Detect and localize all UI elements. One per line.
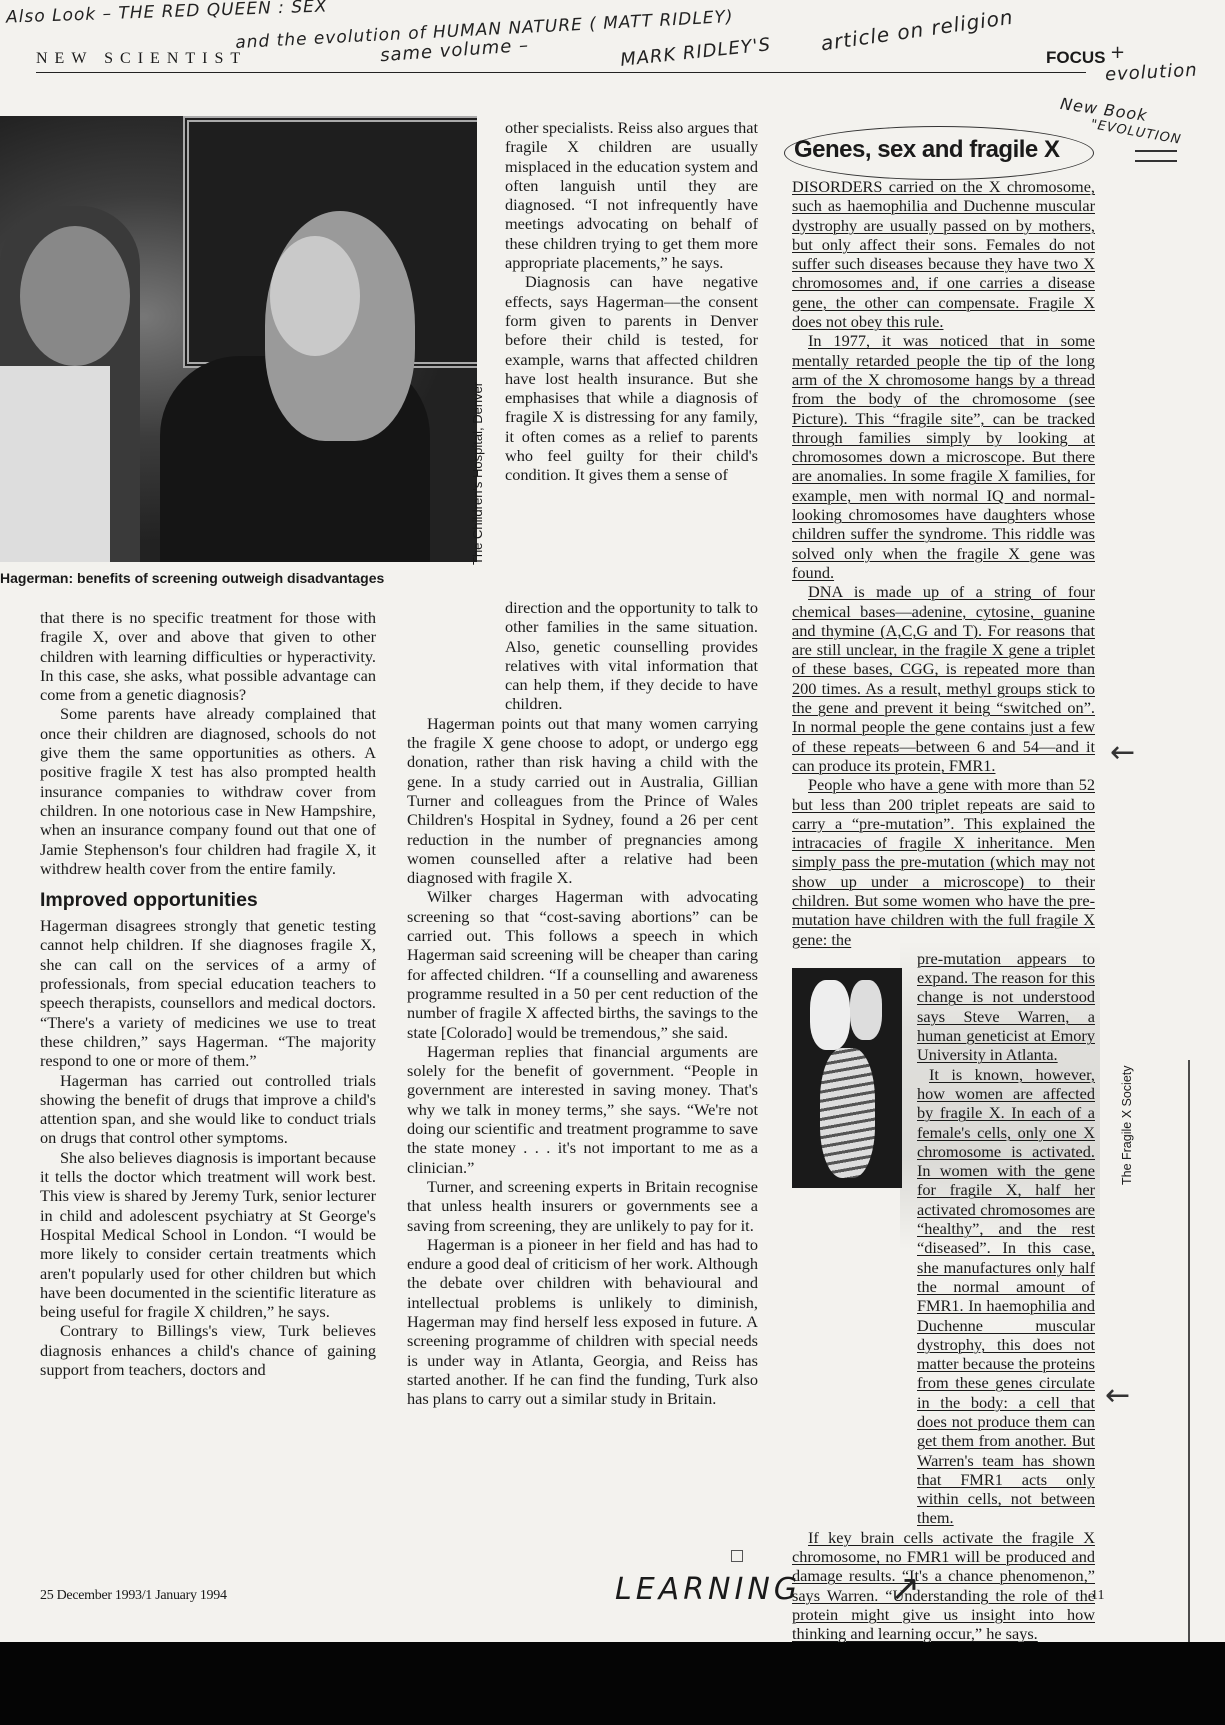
hagerman-photo <box>0 116 477 562</box>
paragraph: Wilker charges Hagerman with advocating … <box>407 887 758 1041</box>
column2-top: other specialists. Reiss also argues tha… <box>505 118 758 485</box>
handwritten-note-line1: Also Look – THE RED QUEEN : SEX <box>6 0 328 28</box>
paragraph: Hagerman disagrees strongly that genetic… <box>40 916 376 1070</box>
handwritten-plus: + <box>1110 42 1126 63</box>
chromosome-shape <box>850 980 882 1040</box>
paragraph: DISORDERS carried on the X chromosome, s… <box>792 177 1095 331</box>
section-label: FOCUS <box>1046 48 1106 68</box>
paragraph: direction and the opportunity to talk to… <box>407 598 758 714</box>
chromosome-shape <box>820 1048 875 1178</box>
paragraph: DNA is made up of a string of four chemi… <box>792 582 1095 775</box>
handwritten-note-line4: MARK RIDLEY'S <box>619 34 772 71</box>
chromosome-shape <box>810 980 850 1050</box>
handwritten-note-line5: article on religion <box>819 5 1015 56</box>
paragraph: Diagnosis can have negative effects, say… <box>505 272 758 484</box>
paragraph: Hagerman points out that many women carr… <box>407 714 758 888</box>
scan-border <box>0 1642 1225 1725</box>
page-number: 11 <box>1091 1588 1104 1604</box>
column2: direction and the opportunity to talk to… <box>407 598 758 1408</box>
handwritten-learning: LEARNING <box>615 1572 801 1607</box>
issue-date: 25 December 1993/1 January 1994 <box>40 1588 227 1604</box>
paragraph: other specialists. Reiss also argues tha… <box>505 118 758 272</box>
photo-caption: Hagerman: benefits of screening outweigh… <box>0 570 384 586</box>
box-title: Genes, sex and fragile X <box>794 136 1059 164</box>
paragraph: People who have a gene with more than 52… <box>792 775 1095 949</box>
end-of-article-mark <box>731 1550 743 1562</box>
paragraph: She also believes diagnosis is important… <box>40 1148 376 1322</box>
paragraph: Hagerman has carried out controlled tria… <box>40 1071 376 1148</box>
column1: that there is no specific treatment for … <box>40 608 376 1379</box>
paragraph: Hagerman replies that financial argument… <box>407 1042 758 1177</box>
paragraph: If key brain cells activate the fragile … <box>792 1528 1095 1644</box>
margin-arrow-icon: ← <box>1105 1378 1130 1413</box>
paragraph: Contrary to Billings's view, Turk believ… <box>40 1321 376 1379</box>
patient-shirt <box>0 366 110 562</box>
patient-face <box>20 226 130 366</box>
paragraph: Turner, and screening experts in Britain… <box>407 1177 758 1235</box>
paragraph: that there is no specific treatment for … <box>40 608 376 704</box>
margin-line <box>1188 1060 1190 1650</box>
paragraph: Some parents have already complained tha… <box>40 704 376 878</box>
chromosome-micrograph <box>792 968 902 1188</box>
handwritten-evolution: evolution <box>1105 60 1199 86</box>
margin-arrow-icon: ← <box>1110 735 1135 770</box>
handwritten-double-underline <box>1135 150 1177 162</box>
header-rule <box>36 72 1086 73</box>
handwritten-arrow-icon: ↗ <box>890 1568 920 1609</box>
box-body: DISORDERS carried on the X chromosome, s… <box>792 177 1095 1644</box>
paragraph: Hagerman is a pioneer in her field and h… <box>407 1235 758 1409</box>
paragraph: In 1977, it was noticed that in some men… <box>792 331 1095 582</box>
doctor-face <box>270 236 360 356</box>
subheading: Improved opportunities <box>40 888 376 912</box>
masthead: NEW SCIENTIST <box>36 50 247 68</box>
